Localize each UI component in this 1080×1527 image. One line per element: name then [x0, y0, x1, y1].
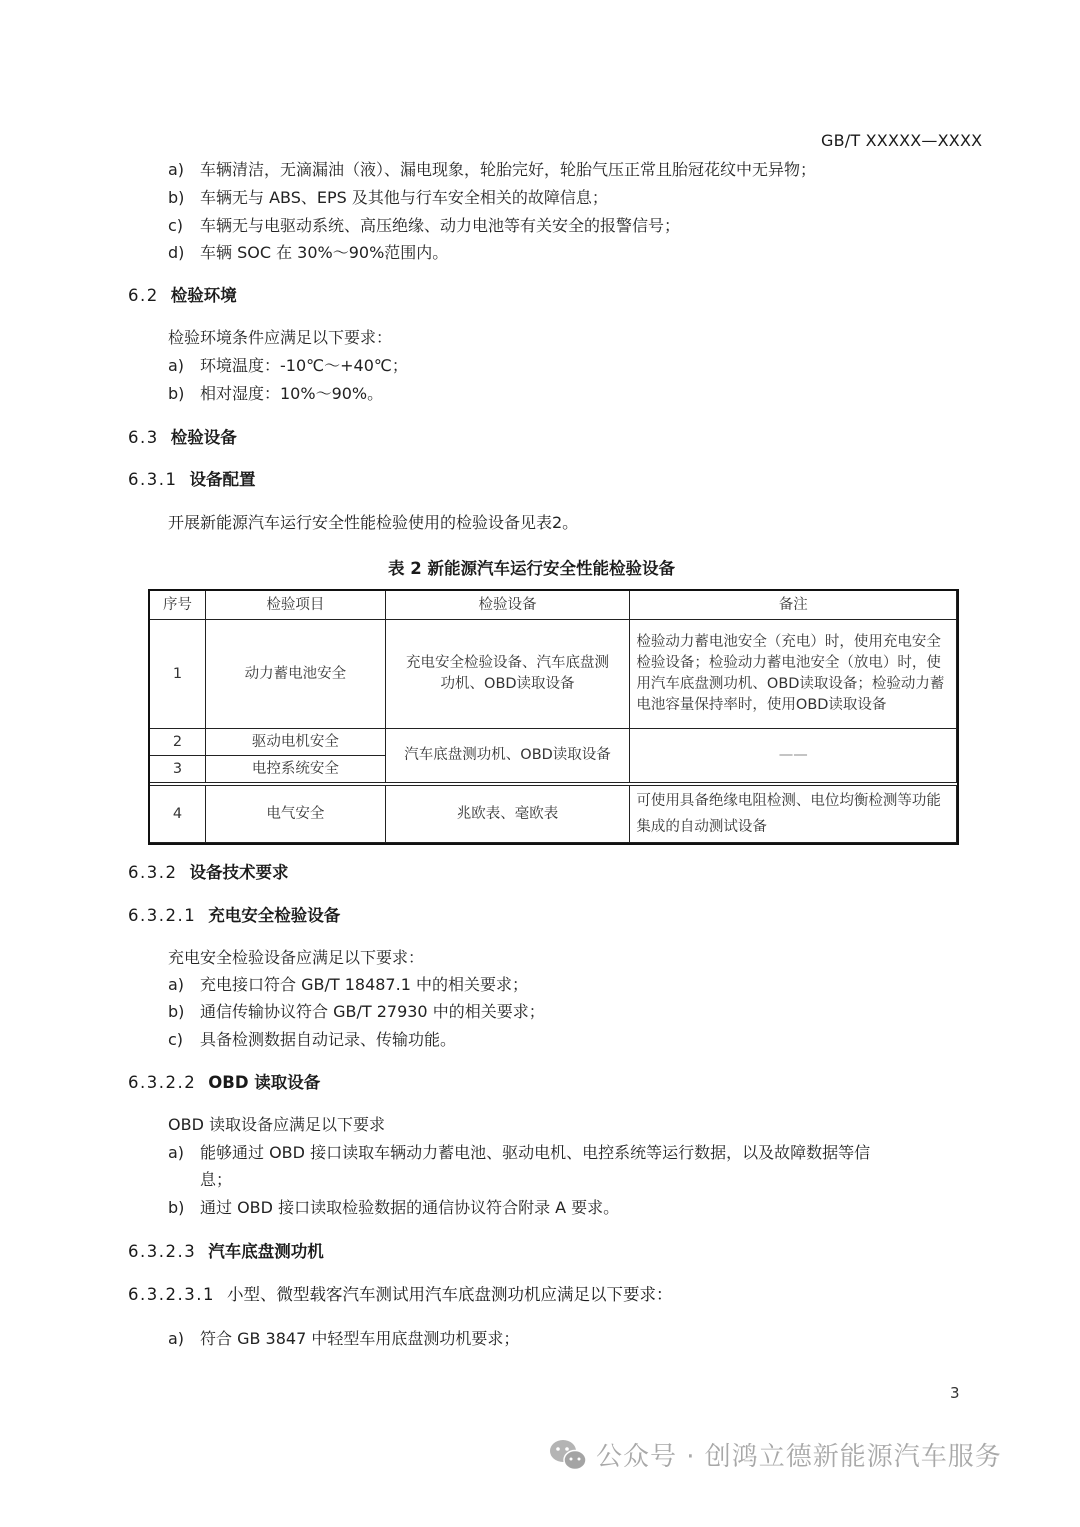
section-heading-6-3-2-3-1: 6.3.2.3.1小型、微型载客汽车测试用汽车底盘测功机应满足以下要求：: [128, 1284, 672, 1306]
watermark-text: 公众号 · 创鸿立德新能源汽车服务: [596, 1436, 1002, 1473]
section-heading-6-3-1: 6.3.1设备配置: [128, 469, 255, 491]
list-label: b): [168, 1002, 200, 1022]
list-text: 符合 GB 3847 中轻型车用底盘测功机要求；: [200, 1329, 519, 1348]
section-title: 检验环境: [171, 286, 237, 305]
section-number: 6.3.2.1: [128, 905, 196, 927]
cell-no: 1: [150, 620, 206, 729]
cell-note: ——: [630, 729, 957, 785]
paragraph: OBD 读取设备应满足以下要求: [168, 1115, 385, 1135]
list-text: 环境温度：-10℃～+40℃；: [200, 356, 408, 375]
list-item-continuation: 息；: [200, 1170, 232, 1190]
list-label: b): [168, 1198, 200, 1218]
section-number: 6.3.2.2: [128, 1072, 196, 1094]
wechat-icon: [548, 1438, 588, 1472]
list-text: 充电接口符合 GB/T 18487.1 中的相关要求；: [200, 975, 528, 994]
watermark: 公众号 · 创鸿立德新能源汽车服务: [548, 1436, 1002, 1473]
list-label: a): [168, 975, 200, 995]
paragraph: 检验环境条件应满足以下要求：: [168, 328, 392, 348]
cell-item: 电气安全: [205, 784, 385, 843]
section-heading-6-3: 6.3检验设备: [128, 427, 237, 449]
cell-item: 动力蓄电池安全: [205, 620, 385, 729]
list-item: b)通信传输协议符合 GB/T 27930 中的相关要求；: [168, 1002, 545, 1022]
list-text: 能够通过 OBD 接口读取车辆动力蓄电池、驱动电机、电控系统等运行数据，以及故障…: [200, 1143, 870, 1162]
section-heading-6-3-2-1: 6.3.2.1充电安全检验设备: [128, 905, 340, 927]
paragraph: 开展新能源汽车运行安全性能检验使用的检验设备见表2。: [168, 513, 578, 533]
cell-equipment: 充电安全检验设备、汽车底盘测功机、OBD读取设备: [385, 620, 630, 729]
section-heading-6-2: 6.2检验环境: [128, 285, 237, 307]
list-label: a): [168, 1143, 200, 1163]
list-item: a)环境温度：-10℃～+40℃；: [168, 356, 408, 376]
section-number: 6.3.1: [128, 469, 177, 491]
list-label: d): [168, 243, 200, 263]
standard-code: GB/T XXXXX—XXXX: [821, 131, 982, 150]
section-number: 6.3.2.3.1: [128, 1284, 215, 1306]
cell-note: 检验动力蓄电池安全（充电）时，使用充电安全检验设备；检验动力蓄电池安全（放电）时…: [630, 620, 957, 729]
table-caption: 表 2 新能源汽车运行安全性能检验设备: [388, 555, 675, 579]
list-label: c): [168, 216, 200, 236]
paragraph: 充电安全检验设备应满足以下要求：: [168, 948, 424, 968]
section-number: 6.3.2: [128, 862, 177, 884]
cell-item: 电控系统安全: [205, 756, 385, 785]
table-row: 1 动力蓄电池安全 充电安全检验设备、汽车底盘测功机、OBD读取设备 检验动力蓄…: [150, 620, 957, 729]
section-title: 充电安全检验设备: [208, 906, 340, 925]
table-header-row: 序号 检验项目 检验设备 备注: [150, 591, 957, 620]
section-title: 设备技术要求: [189, 863, 288, 882]
cell-no: 2: [150, 729, 206, 756]
section-title: 检验设备: [171, 428, 237, 447]
list-item: a)能够通过 OBD 接口读取车辆动力蓄电池、驱动电机、电控系统等运行数据，以及…: [168, 1143, 870, 1163]
section-title: 汽车底盘测功机: [208, 1242, 324, 1261]
cell-note: 可使用具备绝缘电阻检测、电位均衡检测等功能集成的自动测试设备: [630, 784, 957, 843]
list-label: a): [168, 356, 200, 376]
cell-item: 驱动电机安全: [205, 729, 385, 756]
section-number: 6.3.2.3: [128, 1241, 196, 1263]
section-number: 6.2: [128, 285, 159, 307]
list-text: 通信传输协议符合 GB/T 27930 中的相关要求；: [200, 1002, 545, 1021]
list-item: b)车辆无与 ABS、EPS 及其他与行车安全相关的故障信息；: [168, 188, 608, 208]
list-item: b)相对湿度：10%～90%。: [168, 384, 383, 404]
list-item: a)符合 GB 3847 中轻型车用底盘测功机要求；: [168, 1329, 519, 1349]
column-header: 检验设备: [385, 591, 630, 620]
list-item: b)通过 OBD 接口读取检验数据的通信协议符合附录 A 要求。: [168, 1198, 619, 1218]
section-heading-6-3-2: 6.3.2设备技术要求: [128, 862, 288, 884]
list-text: 通过 OBD 接口读取检验数据的通信协议符合附录 A 要求。: [200, 1198, 619, 1217]
list-text: 具备检测数据自动记录、传输功能。: [200, 1030, 456, 1049]
column-header: 序号: [150, 591, 206, 620]
cell-equipment: 汽车底盘测功机、OBD读取设备: [385, 729, 630, 785]
column-header: 检验项目: [205, 591, 385, 620]
list-label: a): [168, 1329, 200, 1349]
cell-no: 3: [150, 756, 206, 785]
list-text: 车辆 SOC 在 30%～90%范围内。: [200, 243, 448, 262]
equipment-table: 序号 检验项目 检验设备 备注 1 动力蓄电池安全 充电安全检验设备、汽车底盘测…: [149, 590, 957, 843]
list-text: 相对湿度：10%～90%。: [200, 384, 383, 403]
section-title: 小型、微型载客汽车测试用汽车底盘测功机应满足以下要求：: [227, 1285, 673, 1304]
cell-equipment: 兆欧表、毫欧表: [385, 784, 630, 843]
list-label: b): [168, 384, 200, 404]
page-number: 3: [950, 1384, 960, 1402]
list-item: c)具备检测数据自动记录、传输功能。: [168, 1030, 456, 1050]
table-row: 2 驱动电机安全 汽车底盘测功机、OBD读取设备 ——: [150, 729, 957, 756]
table-row: 4 电气安全 兆欧表、毫欧表 可使用具备绝缘电阻检测、电位均衡检测等功能集成的自…: [150, 784, 957, 843]
list-text: 车辆无与 ABS、EPS 及其他与行车安全相关的故障信息；: [200, 188, 608, 207]
list-label: a): [168, 160, 200, 180]
list-item: c)车辆无与电驱动系统、高压绝缘、动力电池等有关安全的报警信号；: [168, 216, 680, 236]
list-item: d)车辆 SOC 在 30%～90%范围内。: [168, 243, 448, 263]
section-heading-6-3-2-2: 6.3.2.2OBD 读取设备: [128, 1072, 320, 1094]
cell-no: 4: [150, 784, 206, 843]
list-text: 车辆无与电驱动系统、高压绝缘、动力电池等有关安全的报警信号；: [200, 216, 680, 235]
section-title: 设备配置: [189, 470, 255, 489]
list-label: c): [168, 1030, 200, 1050]
list-item: a)充电接口符合 GB/T 18487.1 中的相关要求；: [168, 975, 528, 995]
column-header: 备注: [630, 591, 957, 620]
list-label: b): [168, 188, 200, 208]
list-item: a)车辆清洁，无滴漏油（液）、漏电现象，轮胎完好，轮胎气压正常且胎冠花纹中无异物…: [168, 160, 816, 180]
section-title: OBD 读取设备: [208, 1073, 320, 1092]
list-text: 车辆清洁，无滴漏油（液）、漏电现象，轮胎完好，轮胎气压正常且胎冠花纹中无异物；: [200, 160, 816, 179]
section-heading-6-3-2-3: 6.3.2.3汽车底盘测功机: [128, 1241, 324, 1263]
section-number: 6.3: [128, 427, 159, 449]
